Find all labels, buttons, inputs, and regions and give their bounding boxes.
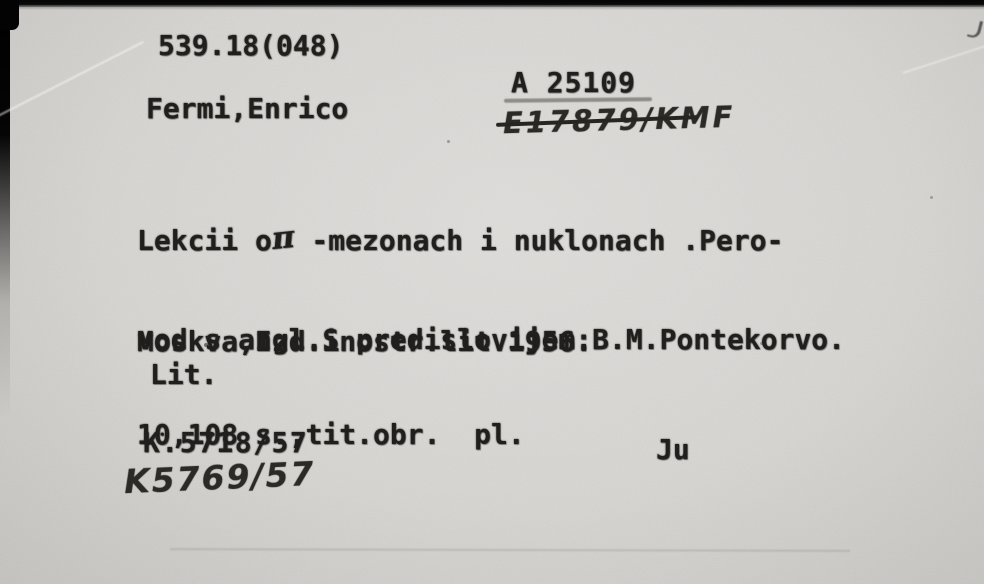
library-catalog-card: 539.18(048) Fermi,Enrico A 25109 E17879/… — [0, 0, 984, 584]
title-line1-post: -mezonach i nuklonach .Pero- — [295, 224, 784, 257]
accession-number: A 25109 — [511, 66, 636, 99]
order-number-handwritten: K5769/57 — [123, 454, 316, 501]
ink-speck — [447, 140, 450, 143]
ink-speck — [930, 196, 933, 199]
scan-edge-top-shadow — [0, 6, 984, 10]
title-line1-pre: Lekcii o — [137, 224, 272, 257]
title-line-1: Lekcii oπ -mezonach i nuklonach .Pero- — [137, 224, 845, 257]
author-heading: Fermi,Enrico — [146, 92, 348, 125]
scan-edge-left — [0, 0, 10, 420]
classification-number: 539.18(048) — [158, 29, 343, 62]
paper-scuff-line — [170, 548, 850, 552]
order-number-typed: K.5718/57 — [143, 426, 308, 459]
pi-symbol-handwritten: π — [270, 221, 296, 256]
paper-crease — [902, 38, 984, 73]
language-note: Lit. — [150, 358, 217, 391]
paper-crease — [0, 41, 144, 120]
imprint-line: Moskva,Izd.inostr.lit.1956. — [137, 326, 592, 357]
ink-mark-top-right — [967, 19, 983, 39]
scan-corner-top-left — [0, 0, 19, 30]
cataloguer-initials: Ju — [656, 433, 690, 466]
